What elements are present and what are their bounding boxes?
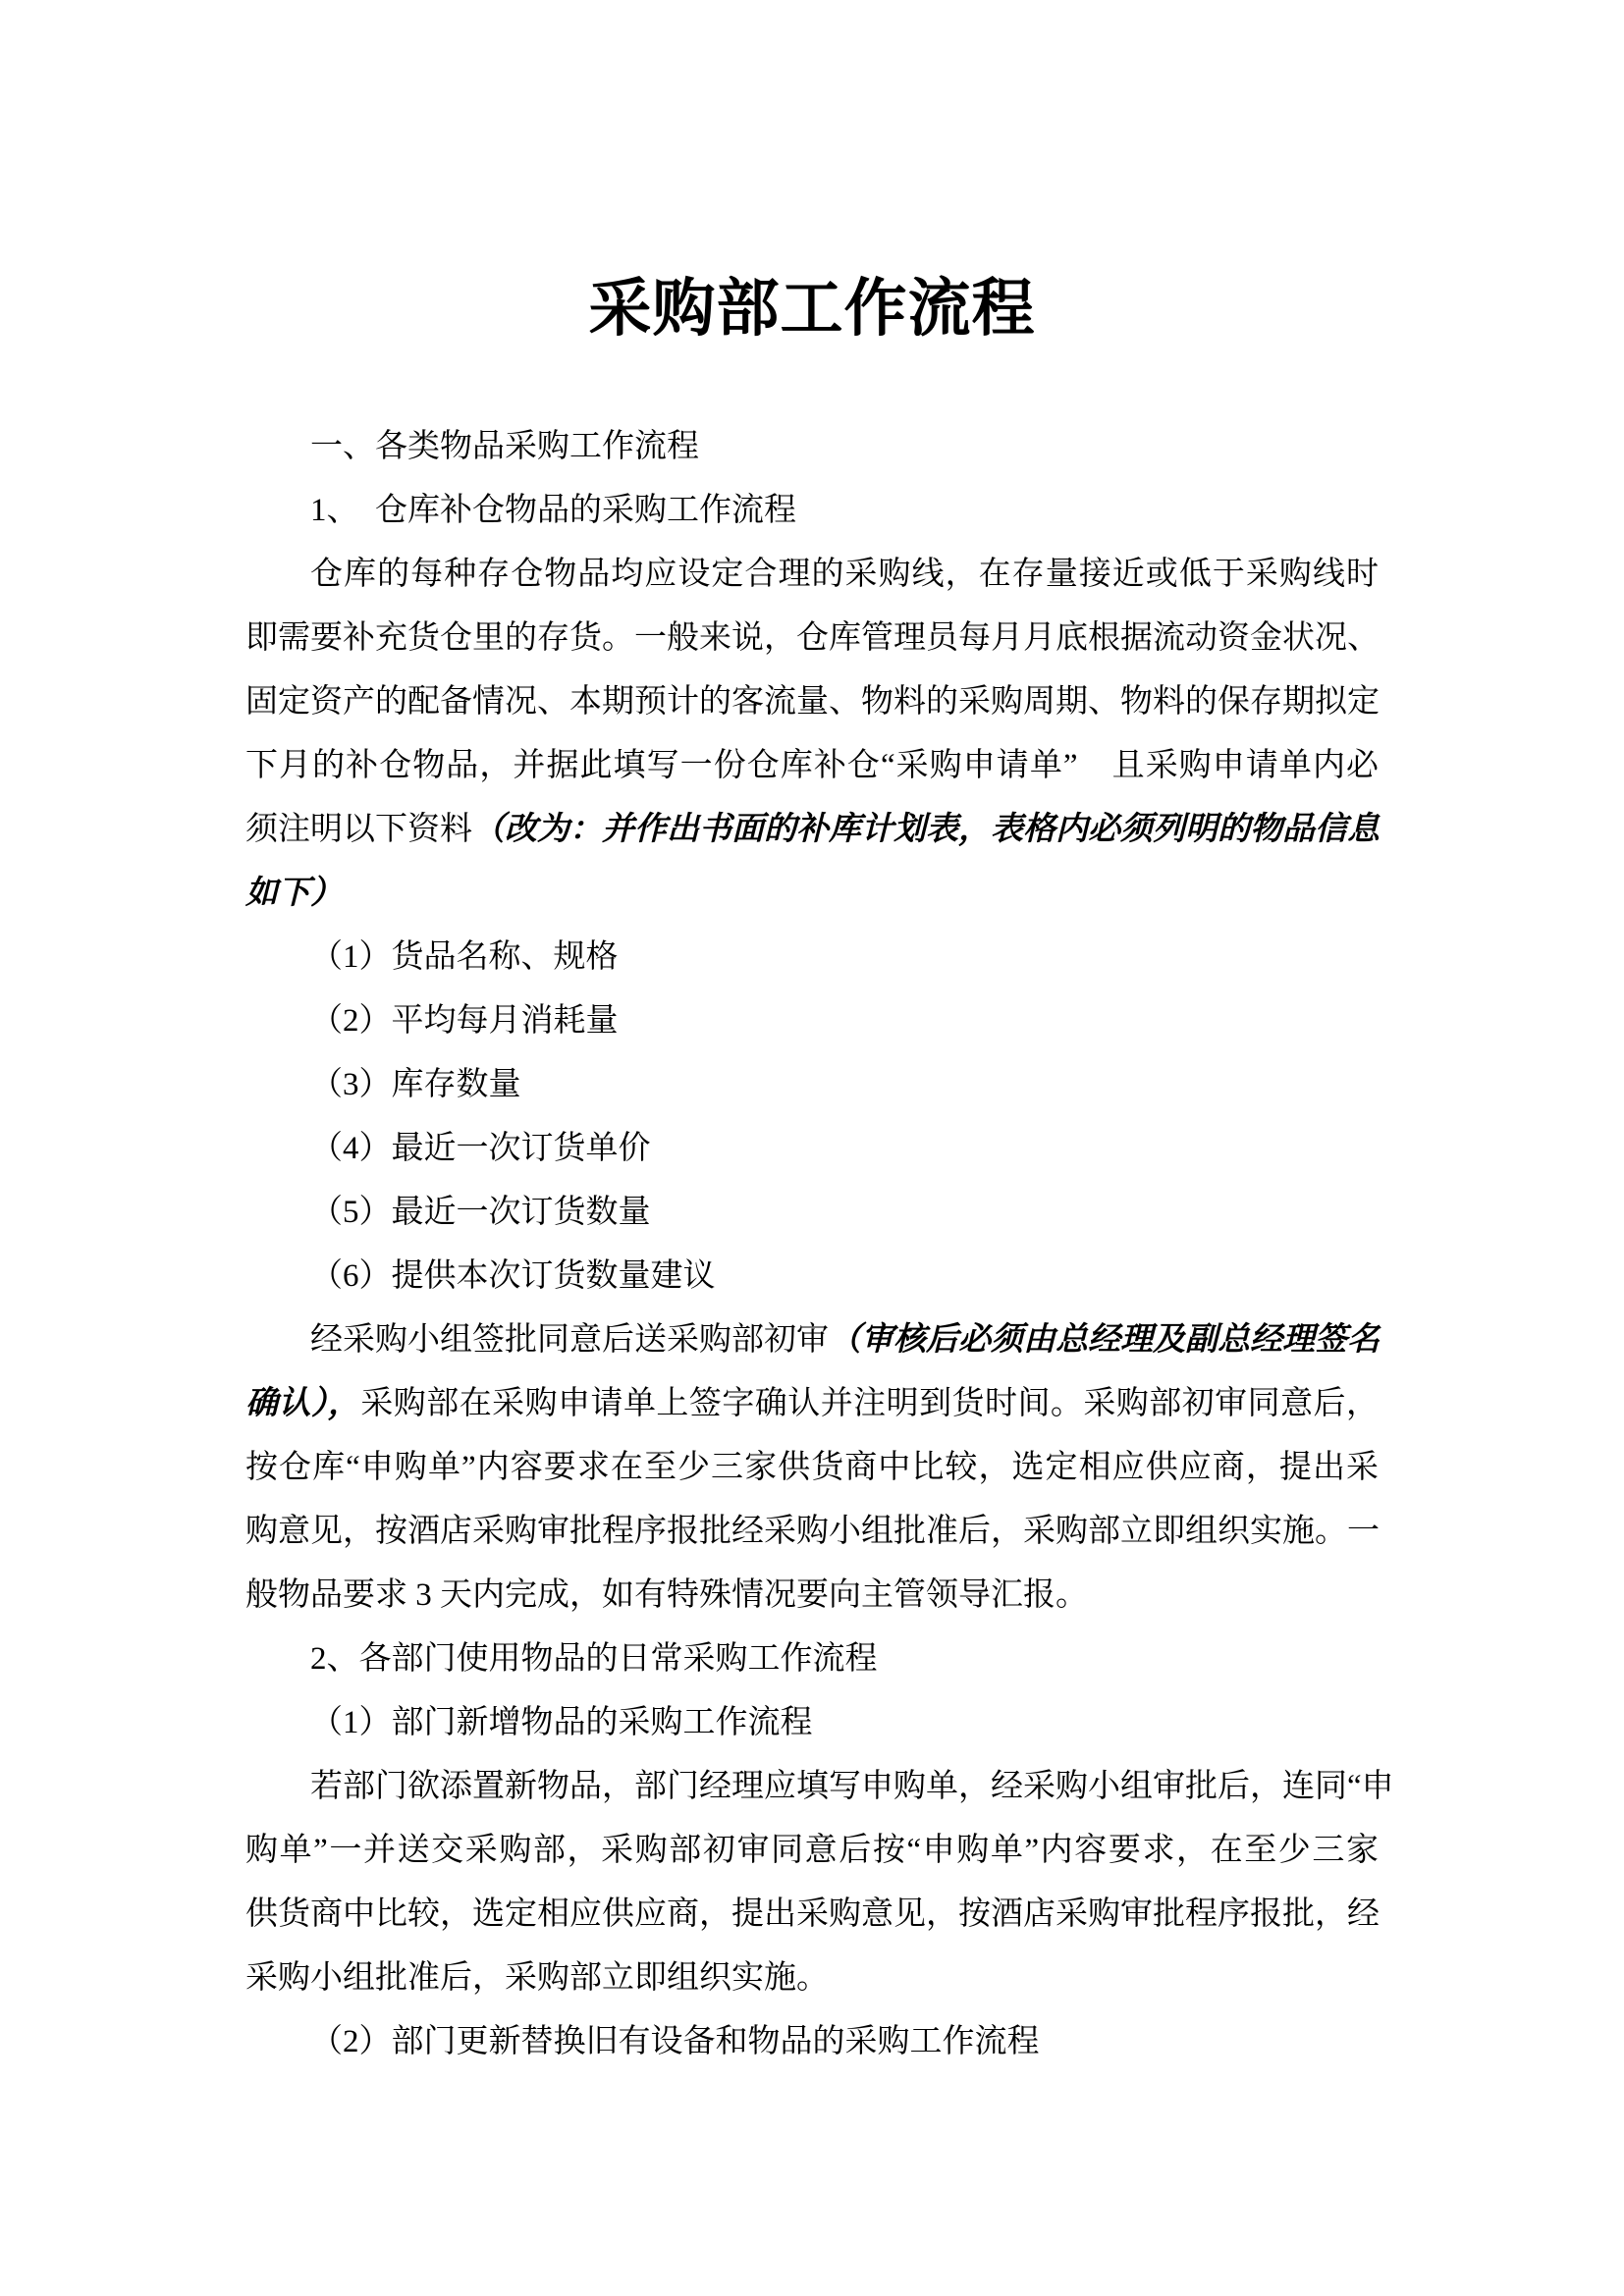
document-title: 采购部工作流程: [245, 260, 1379, 358]
text-run: 购单”一并送交采购部，采购部初审同意后按“申购单”内容要求，在至少三家: [245, 1833, 1379, 1868]
text-run: 仓库的每种存仓物品均应设定合理的采购线，在存量接近或低于采购线时: [310, 557, 1379, 592]
document-line: 购单”一并送交采购部，采购部初审同意后按“申购单”内容要求，在至少三家: [245, 1819, 1379, 1883]
text-run: （4）最近一次订货单价: [310, 1131, 651, 1166]
text-run: 采购部在采购申请单上签字确认并注明到货时间。采购部初审同意后，: [360, 1386, 1379, 1421]
document-line: 即需要补充货仓里的存货。一般来说，仓库管理员每月月底根据流动资金状况、: [245, 607, 1379, 670]
document-line: 般物品要求 3 天内完成，如有特殊情况要向主管领导汇报。: [245, 1564, 1379, 1628]
emphasized-text-run: 如下）: [245, 876, 343, 911]
document-line: 购意见，按酒店采购审批程序报批经采购小组批准后，采购部立即组织实施。一: [245, 1500, 1379, 1564]
text-run: （3）库存数量: [310, 1067, 521, 1102]
document-line: 2、各部门使用物品的日常采购工作流程: [245, 1628, 1379, 1691]
document-line: （5）最近一次订货数量: [245, 1181, 1379, 1245]
text-run: 须注明以下资料: [245, 812, 472, 847]
document-line: 经采购小组签批同意后送采购部初审（审核后必须由总经理及副总经理签名: [245, 1308, 1379, 1372]
text-run: 购意见，按酒店采购审批程序报批经采购小组批准后，采购部立即组织实施。一: [245, 1514, 1380, 1549]
document-line: （2）部门更新替换旧有设备和物品的采购工作流程: [245, 2010, 1379, 2074]
text-run: （2）平均每月消耗量: [310, 1003, 619, 1039]
document-line: 仓库的每种存仓物品均应设定合理的采购线，在存量接近或低于采购线时: [245, 543, 1379, 607]
text-run: （6）提供本次订货数量建议: [310, 1258, 716, 1294]
document-line: 一、各类物品采购工作流程: [245, 415, 1379, 479]
text-run: （5）最近一次订货数量: [310, 1195, 651, 1230]
text-run: 一、各类物品采购工作流程: [310, 429, 699, 464]
document-line: 固定资产的配备情况、本期预计的客流量、物料的采购周期、物料的保存期拟定: [245, 670, 1379, 734]
text-run: 下月的补仓物品，并据此填写一份仓库补仓“采购申请单” 且采购申请单内必: [245, 748, 1379, 783]
text-run: 按仓库“申购单”内容要求在至少三家供货商中比较，选定相应供应商，提出采: [245, 1450, 1379, 1485]
document-line: 采购小组批准后，采购部立即组织实施。: [245, 1947, 1379, 2010]
text-run: 采购小组批准后，采购部立即组织实施。: [245, 1960, 829, 1996]
document-line: （6）提供本次订货数量建议: [245, 1245, 1379, 1308]
text-run: 经采购小组签批同意后送采购部初审: [310, 1322, 829, 1358]
document-line: （1）货品名称、规格: [245, 926, 1379, 989]
text-run: 般物品要求 3 天内完成，如有特殊情况要向主管领导汇报。: [245, 1577, 1088, 1613]
document-line: 须注明以下资料（改为：并作出书面的补库计划表，表格内必须列明的物品信息: [245, 798, 1379, 862]
emphasized-text-run: 确认），: [245, 1386, 360, 1421]
document-page: 采购部工作流程 一、各类物品采购工作流程1、 仓库补仓物品的采购工作流程仓库的每…: [0, 0, 1624, 2296]
document-line: 按仓库“申购单”内容要求在至少三家供货商中比较，选定相应供应商，提出采: [245, 1436, 1379, 1500]
document-line: 1、 仓库补仓物品的采购工作流程: [245, 479, 1379, 543]
document-line: （2）平均每月消耗量: [245, 989, 1379, 1053]
document-line: 若部门欲添置新物品，部门经理应填写申购单，经采购小组审批后，连同“申: [245, 1755, 1379, 1819]
text-run: 即需要补充货仓里的存货。一般来说，仓库管理员每月月底根据流动资金状况、: [245, 620, 1380, 656]
document-line: 如下）: [245, 862, 1379, 926]
text-run: （1）货品名称、规格: [310, 939, 619, 975]
emphasized-text-run: （改为：并作出书面的补库计划表，表格内必须列明的物品信息: [472, 812, 1380, 847]
document-line: （3）库存数量: [245, 1053, 1379, 1117]
document-line: 确认），采购部在采购申请单上签字确认并注明到货时间。采购部初审同意后，: [245, 1372, 1379, 1436]
text-run: 若部门欲添置新物品，部门经理应填写申购单，经采购小组审批后，连同“申: [310, 1769, 1394, 1804]
text-run: （2）部门更新替换旧有设备和物品的采购工作流程: [310, 2024, 1040, 2059]
text-run: 1、 仓库补仓物品的采购工作流程: [310, 493, 796, 528]
document-body: 一、各类物品采购工作流程1、 仓库补仓物品的采购工作流程仓库的每种存仓物品均应设…: [245, 415, 1379, 2074]
text-run: 固定资产的配备情况、本期预计的客流量、物料的采购周期、物料的保存期拟定: [245, 684, 1380, 720]
text-run: 供货商中比较，选定相应供应商，提出采购意见，按酒店采购审批程序报批，经: [245, 1896, 1380, 1932]
document-line: （4）最近一次订货单价: [245, 1117, 1379, 1181]
document-line: （1）部门新增物品的采购工作流程: [245, 1691, 1379, 1755]
text-run: 2、各部门使用物品的日常采购工作流程: [310, 1641, 878, 1677]
text-run: （1）部门新增物品的采购工作流程: [310, 1705, 813, 1740]
document-line: 供货商中比较，选定相应供应商，提出采购意见，按酒店采购审批程序报批，经: [245, 1883, 1379, 1947]
emphasized-text-run: （审核后必须由总经理及副总经理签名: [829, 1322, 1380, 1358]
document-line: 下月的补仓物品，并据此填写一份仓库补仓“采购申请单” 且采购申请单内必: [245, 734, 1379, 798]
